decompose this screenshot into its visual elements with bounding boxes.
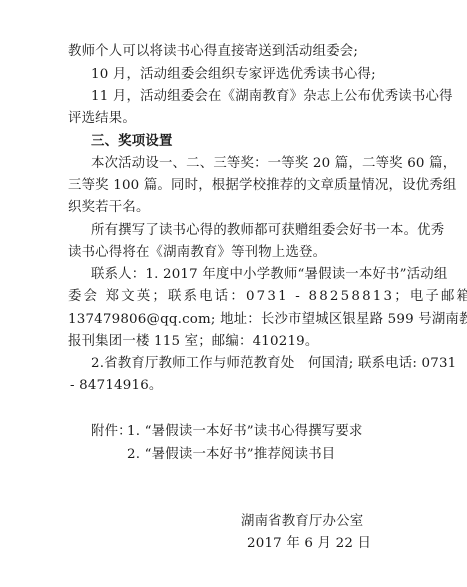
section-heading: 三、奖项设置 <box>91 133 173 151</box>
paragraph-line: 读书心得将在《湖南教育》等刊物上选登。 <box>68 244 326 262</box>
paragraph-line: 教师个人可以将读书心得直接寄送到活动组委会; <box>68 43 358 61</box>
document-page: 教师个人可以将读书心得直接寄送到活动组委会; 10 月，活动组委会组织专家评选优… <box>0 0 467 587</box>
attachment-item: 2. “暑假读一本好书”推荐阅读书目 <box>127 446 335 464</box>
attachment-item: 1. “暑假读一本好书”读书心得撰写要求 <box>127 423 363 441</box>
paragraph-line: 织奖若干名。 <box>68 199 150 217</box>
paragraph-line: 联系人：1. 2017 年度中小学教师“暑假读一本好书”活动组 <box>91 266 447 284</box>
paragraph-line: 2.省教育厅教师工作与师范教育处 何国清; 联系电话: 0731 <box>91 355 456 373</box>
signature-date: 2017 年 6 月 22 日 <box>247 535 371 553</box>
signature-office: 湖南省教育厅办公室 <box>241 513 363 531</box>
paragraph-line: 报刊集团一楼 115 室；邮编：410219。 <box>68 333 318 351</box>
paragraph-line: 评选结果。 <box>68 110 136 128</box>
paragraph-line: 委会 郑文英；联系电话：0731 - 88258813；电子邮箱： <box>68 288 467 306</box>
paragraph-line: 11 月，活动组委会在《湖南教育》杂志上公布优秀读书心得 <box>91 88 453 106</box>
attachments-label: 附件： <box>91 423 132 441</box>
paragraph-line: 三等奖 100 篇。同时，根据学校推荐的文章质量情况，设优秀组 <box>68 177 456 195</box>
paragraph-line: 所有撰写了读书心得的教师都可获赠组委会好书一本。优秀 <box>91 222 444 240</box>
paragraph-line: - 84714916。 <box>70 377 163 395</box>
paragraph-line: 本次活动设一、二、三等奖：一等奖 20 篇，二等奖 60 篇， <box>91 155 456 173</box>
paragraph-line: 10 月，活动组委会组织专家评选优秀读书心得; <box>91 66 376 84</box>
paragraph-line: 137479806@qq.com; 地址：长沙市望城区银星路 599 号湖南教育 <box>68 311 467 329</box>
